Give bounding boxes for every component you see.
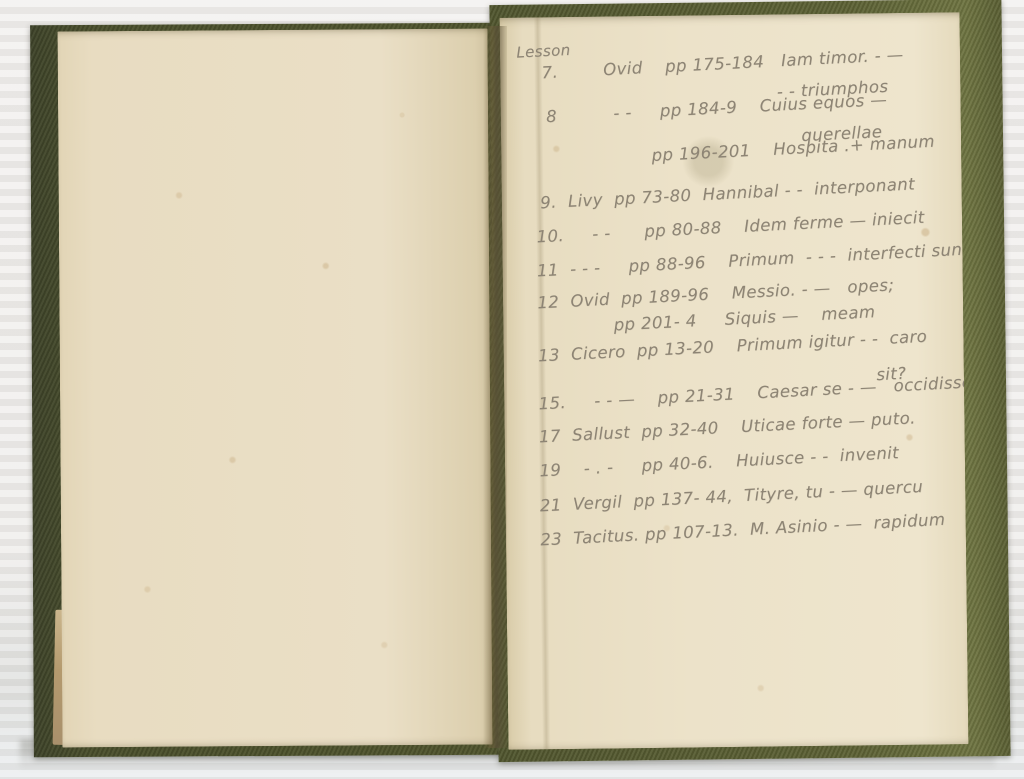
handwritten-line: pp 201- 4 Siquis — meam bbox=[613, 302, 876, 334]
handwritten-line: 21 Vergil pp 137- 44, Tityre, tu - — que… bbox=[539, 477, 923, 515]
page-crease bbox=[534, 17, 551, 749]
handwritten-line: 23 Tacitus. pp 107-13. M. Asinio - — rap… bbox=[540, 510, 946, 549]
handwritten-line: 17 Sallust pp 32-40 Uticae forte — puto. bbox=[539, 408, 917, 446]
left-page bbox=[58, 29, 493, 748]
handwritten-line: 13 Cicero pp 13-20 Primum igitur - - car… bbox=[538, 327, 928, 366]
handwritten-line: 7. Ovid pp 175-184 Iam timor. - — bbox=[541, 45, 904, 82]
handwritten-line: 8 - - pp 184-9 Cuius equos — bbox=[546, 90, 888, 126]
handwritten-line: 11 - - - pp 88-96 Primum - - - interfect… bbox=[537, 240, 969, 281]
handwritten-line: pp 196-201 Hospita .+ manum bbox=[651, 132, 935, 165]
photo-background: Lesson 7. Ovid pp 175-184 Iam timor. - —… bbox=[0, 0, 1024, 779]
handwritten-line: 19 - . - pp 40-6. Huiusce - - invenit bbox=[539, 443, 900, 480]
right-page: Lesson 7. Ovid pp 175-184 Iam timor. - —… bbox=[500, 12, 969, 750]
handwritten-line: 10. - - pp 80-88 Idem ferme — iniecit bbox=[536, 208, 925, 247]
handwritten-line: 15. - - — pp 21-31 Caesar se - — occidis… bbox=[538, 372, 968, 413]
handwritten-line: 9. Livy pp 73-80 Hannibal - - interponan… bbox=[540, 174, 916, 212]
book-gutter bbox=[483, 26, 507, 748]
lesson-header: Lesson bbox=[516, 41, 571, 62]
